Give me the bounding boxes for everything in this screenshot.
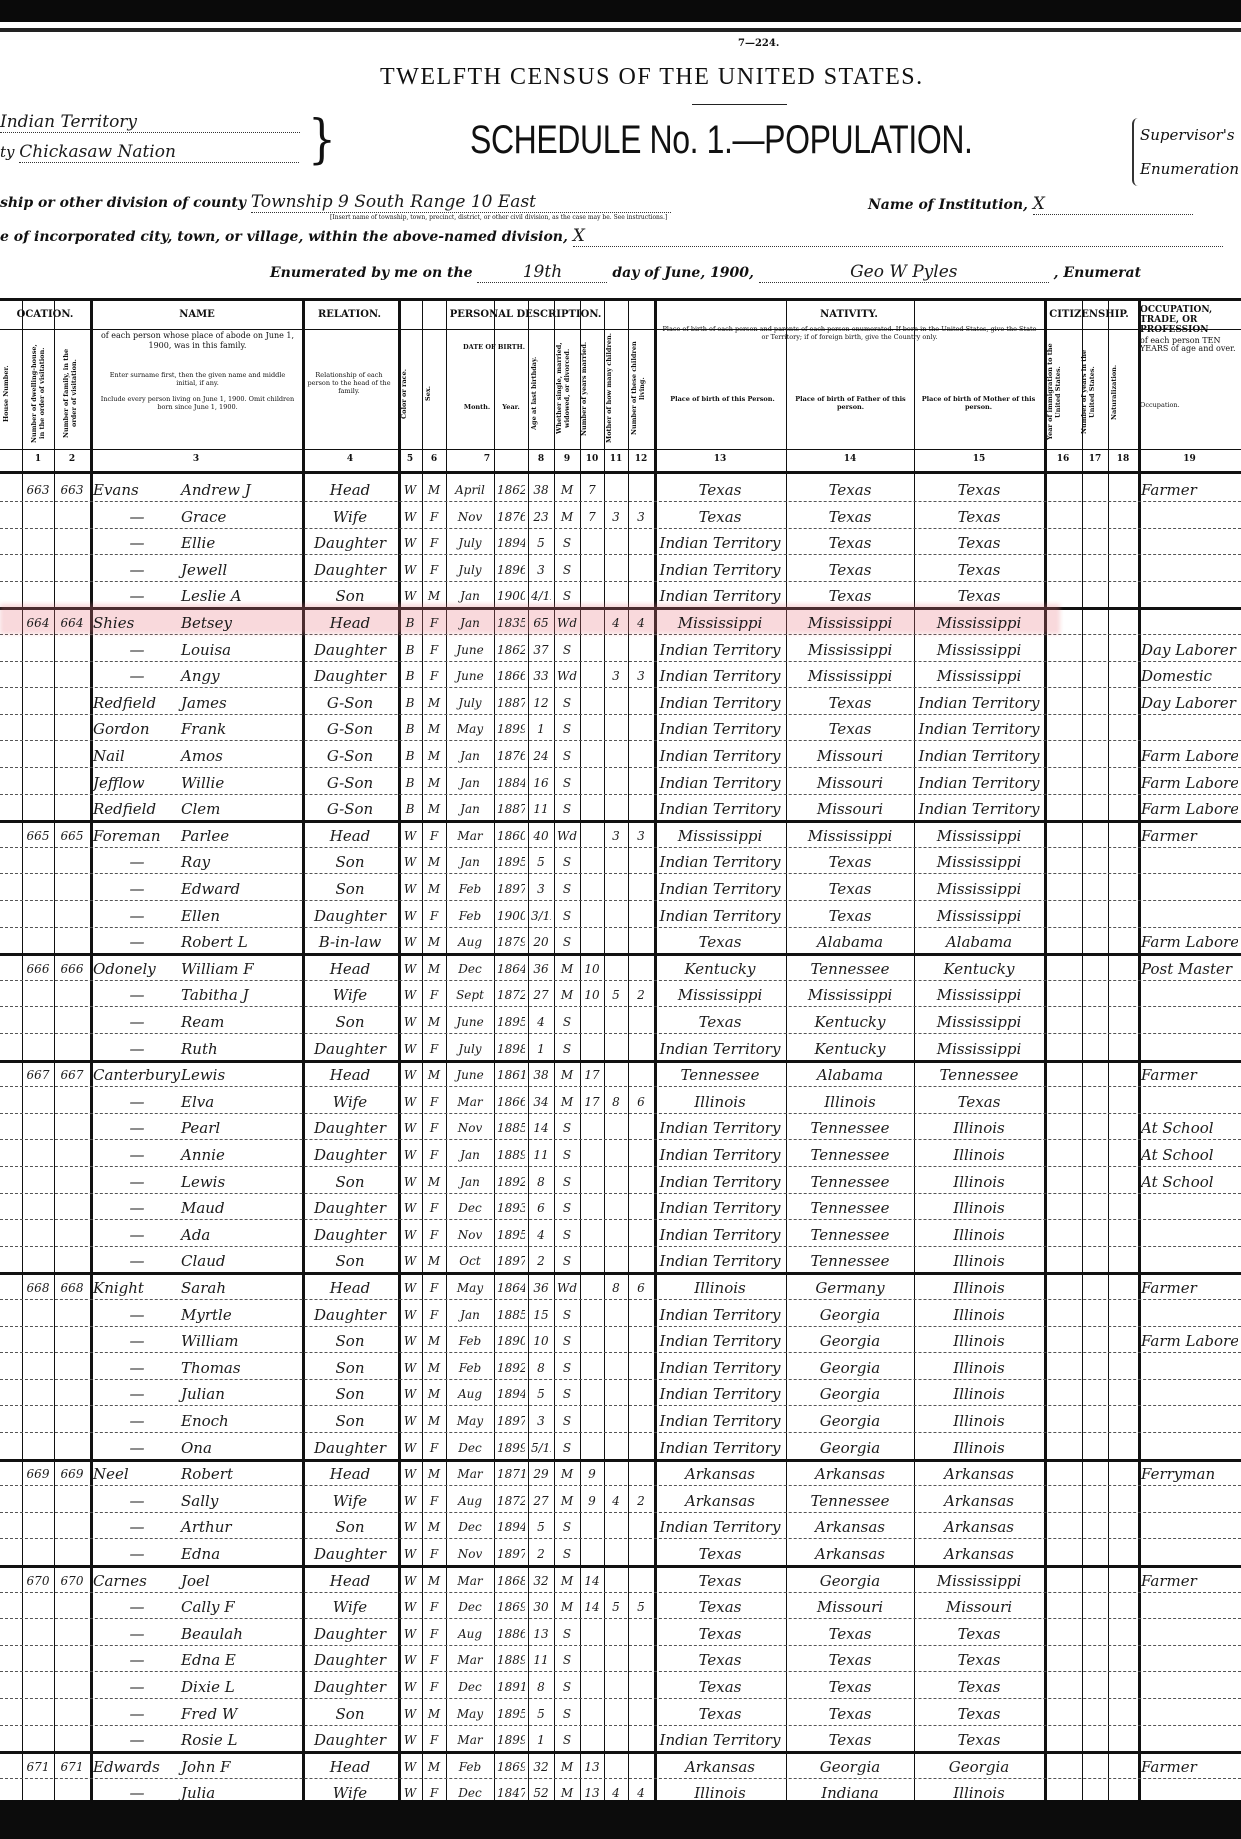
cl-cell [631, 1512, 651, 1538]
name-cell: —William [93, 1326, 299, 1352]
fam-cell [57, 661, 87, 687]
county-label: ty [0, 143, 15, 161]
color-cell: W [401, 1087, 419, 1113]
census-title: TWELFTH CENSUS OF THE UNITED STATES. [380, 64, 924, 91]
table-row: —Fred WSonWMMay18955STexasTexasTexas [0, 1699, 1241, 1726]
color-cell: W [401, 1379, 419, 1405]
age-cell: 2 [531, 1539, 551, 1565]
rel-cell: Daughter [305, 1433, 395, 1459]
name-cell: —Arthur [93, 1512, 299, 1538]
name-cell: —Lewis [93, 1167, 299, 1193]
year-cell: 1897 [497, 1406, 525, 1432]
mo-cell [607, 1300, 625, 1326]
month-cell: Mar [449, 1566, 491, 1592]
month-cell: Feb [449, 901, 491, 927]
rel-cell: Son [305, 874, 395, 900]
sex-cell: M [425, 1353, 443, 1379]
mo-cell [607, 1725, 625, 1751]
color-cell: W [401, 1300, 419, 1326]
name-cell: NeelRobert [93, 1459, 299, 1485]
month-cell: Nov [449, 1539, 491, 1565]
sex-cell: F [425, 901, 443, 927]
color-cell: W [401, 1645, 419, 1671]
fam-cell [57, 1246, 87, 1272]
pobm-cell: Illinois [917, 1406, 1041, 1432]
sex-cell: F [425, 1273, 443, 1299]
pob-cell: Indian Territory [657, 1379, 783, 1405]
given-name: Lewis [181, 1173, 225, 1191]
dw-cell [25, 1645, 51, 1671]
name-cell: —Ellen [93, 901, 299, 927]
fam-cell [57, 1007, 87, 1033]
mo-cell [607, 1193, 625, 1219]
col-dob-title: DATE OF BIRTH. [460, 343, 528, 351]
mo-cell [607, 1220, 625, 1246]
given-name: Amos [181, 747, 223, 765]
header-rule [0, 329, 1241, 330]
ym-cell [583, 1699, 601, 1725]
pobf-cell: Tennessee [789, 1193, 911, 1219]
month-cell: May [449, 1273, 491, 1299]
institution-value: X [1033, 194, 1193, 215]
fam-cell: 669 [57, 1459, 87, 1485]
mar-cell: M [557, 1486, 577, 1512]
sex-cell: M [425, 1752, 443, 1778]
pob-cell: Indian Territory [657, 688, 783, 714]
year-cell: 1897 [497, 1539, 525, 1565]
pobf-cell: Mississippi [789, 821, 911, 847]
month-cell: Dec [449, 1672, 491, 1698]
name-cell: GordonFrank [93, 714, 299, 740]
surname: Carnes [93, 1566, 181, 1592]
age-cell: 1 [531, 1034, 551, 1060]
pob-cell: Indian Territory [657, 661, 783, 687]
month-cell: Sept [449, 980, 491, 1006]
mar-cell: S [557, 1406, 577, 1432]
color-cell: W [401, 954, 419, 980]
color-cell: W [401, 821, 419, 847]
pobf-cell: Arkansas [789, 1512, 911, 1538]
ym-cell: 10 [583, 980, 601, 1006]
pobm-cell: Indian Territory [917, 794, 1041, 820]
cl-cell [631, 1220, 651, 1246]
age-cell: 36 [531, 954, 551, 980]
rel-cell: Son [305, 1167, 395, 1193]
sex-cell: M [425, 847, 443, 873]
mar-cell: M [557, 502, 577, 528]
color-cell: W [401, 980, 419, 1006]
rel-cell: Son [305, 1007, 395, 1033]
age-cell: 11 [531, 1140, 551, 1166]
pob-cell: Tennessee [657, 1060, 783, 1086]
surname: — [93, 528, 181, 554]
pob-cell: Texas [657, 927, 783, 953]
name-cell: —Ellie [93, 528, 299, 554]
name-cell: —Louisa [93, 635, 299, 661]
sex-cell: M [425, 794, 443, 820]
table-row: —ElvaWifeWFMar186634M1786IllinoisIllinoi… [0, 1087, 1241, 1114]
month-cell: Mar [449, 821, 491, 847]
dw-cell [25, 1034, 51, 1060]
col-year: Year. [494, 403, 528, 411]
rel-cell: G-Son [305, 794, 395, 820]
column-number: 2 [54, 454, 90, 464]
color-cell: W [401, 874, 419, 900]
occ-cell: Farmer [1141, 475, 1238, 501]
age-cell: 24 [531, 741, 551, 767]
pobm-cell: Indian Territory [917, 688, 1041, 714]
occ-cell: Farm Laborer [1141, 741, 1238, 767]
year-cell: 1885 [497, 1300, 525, 1326]
table-row: —SallyWifeWFAug187227M942ArkansasTenness… [0, 1486, 1241, 1513]
name-cell: —Fred W [93, 1699, 299, 1725]
occ-cell [1141, 1699, 1238, 1725]
table-row: —AngyDaughterBFJune186633Wd33Indian Terr… [0, 661, 1241, 688]
age-cell: 38 [531, 1060, 551, 1086]
sex-cell: M [425, 874, 443, 900]
color-cell: W [401, 1459, 419, 1485]
fam-cell [57, 1379, 87, 1405]
rel-cell: Daughter [305, 1539, 395, 1565]
pob-cell: Indian Territory [657, 847, 783, 873]
col-age: Age at last birthday. [530, 341, 552, 446]
surname: — [93, 847, 181, 873]
name-cell: —Angy [93, 661, 299, 687]
age-cell: 3 [531, 555, 551, 581]
occ-cell [1141, 555, 1238, 581]
surname: — [93, 661, 181, 687]
occ-cell [1141, 1645, 1238, 1671]
given-name: Rosie L [181, 1731, 237, 1749]
cl-cell [631, 714, 651, 740]
age-cell: 3 [531, 874, 551, 900]
dw-cell: 665 [25, 821, 51, 847]
pobm-cell: Texas [917, 502, 1041, 528]
pob-cell: Texas [657, 1699, 783, 1725]
dw-cell: 666 [25, 954, 51, 980]
surname: — [93, 1353, 181, 1379]
pob-cell: Indian Territory [657, 1353, 783, 1379]
month-cell: Nov [449, 1220, 491, 1246]
mar-cell: S [557, 1140, 577, 1166]
name-cell: EvansAndrew J [93, 475, 299, 501]
color-cell: W [401, 555, 419, 581]
pobm-cell: Mississippi [917, 1566, 1041, 1592]
pobm-cell: Texas [917, 1619, 1041, 1645]
pob-cell: Arkansas [657, 1752, 783, 1778]
year-cell: 1899 [497, 1725, 525, 1751]
fam-cell [57, 635, 87, 661]
fam-cell: 665 [57, 821, 87, 847]
occ-cell [1141, 608, 1238, 634]
mar-cell: S [557, 1193, 577, 1219]
pob-cell: Indian Territory [657, 1433, 783, 1459]
table-row: GordonFrankG-SonBMMay18991SIndian Territ… [0, 714, 1241, 741]
pobf-cell: Illinois [789, 1087, 911, 1113]
age-cell: 30 [531, 1592, 551, 1618]
given-name: Ray [181, 853, 210, 871]
age-cell: 32 [531, 1566, 551, 1592]
enumerated-day: 19th [477, 262, 607, 283]
column-number: 16 [1044, 454, 1082, 464]
surname: — [93, 1592, 181, 1618]
mo-cell [607, 1113, 625, 1139]
sex-cell: F [425, 1672, 443, 1698]
occ-cell: At School [1141, 1167, 1238, 1193]
surname: — [93, 1699, 181, 1725]
pob-cell: Indian Territory [657, 1512, 783, 1538]
name-cell: —Edward [93, 874, 299, 900]
township-line: ship or other division of county Townshi… [0, 192, 671, 213]
pobf-cell: Texas [789, 1699, 911, 1725]
mo-cell [607, 768, 625, 794]
given-name: Frank [181, 720, 226, 738]
cl-cell [631, 954, 651, 980]
pobm-cell: Arkansas [917, 1459, 1041, 1485]
cl-cell [631, 688, 651, 714]
pobm-cell: Kentucky [917, 954, 1041, 980]
col-mother-of: Mother of how many children. [605, 331, 627, 446]
pobm-cell: Georgia [917, 1752, 1041, 1778]
table-row: RedfieldJamesG-SonBMJuly188712SIndian Te… [0, 688, 1241, 715]
pob-cell: Texas [657, 1619, 783, 1645]
given-name: Louisa [181, 641, 231, 659]
name-cell: JefflowWillie [93, 768, 299, 794]
age-cell: 11 [531, 794, 551, 820]
cl-cell [631, 901, 651, 927]
surname: — [93, 980, 181, 1006]
pobf-cell: Texas [789, 475, 911, 501]
mo-cell [607, 1379, 625, 1405]
age-cell: 3/12 [531, 901, 551, 927]
pobm-cell: Illinois [917, 1193, 1041, 1219]
pobf-cell: Missouri [789, 768, 911, 794]
pobf-cell: Tennessee [789, 1246, 911, 1272]
ym-cell: 7 [583, 502, 601, 528]
fam-cell: 671 [57, 1752, 87, 1778]
pobf-cell: Arkansas [789, 1459, 911, 1485]
sex-cell: M [425, 1246, 443, 1272]
pobm-cell: Arkansas [917, 1512, 1041, 1538]
mar-cell: S [557, 1113, 577, 1139]
age-cell: 15 [531, 1300, 551, 1326]
occ-cell [1141, 1007, 1238, 1033]
occ-cell [1141, 1353, 1238, 1379]
color-cell: B [401, 794, 419, 820]
cl-cell [631, 1645, 651, 1671]
mar-cell: S [557, 1300, 577, 1326]
pob-cell: Indian Territory [657, 1193, 783, 1219]
mo-cell [607, 1672, 625, 1698]
mo-cell [607, 1060, 625, 1086]
fam-cell [57, 1326, 87, 1352]
col-name-title: NAME [92, 309, 302, 320]
sex-cell: F [425, 1193, 443, 1219]
dw-cell: 668 [25, 1273, 51, 1299]
pobm-cell: Texas [917, 1699, 1041, 1725]
sex-cell: F [425, 1034, 443, 1060]
fam-cell [57, 1725, 87, 1751]
name-cell: —Sally [93, 1486, 299, 1512]
rel-cell: Daughter [305, 1725, 395, 1751]
rel-cell: G-Son [305, 741, 395, 767]
dw-cell [25, 1379, 51, 1405]
color-cell: W [401, 1220, 419, 1246]
pob-cell: Texas [657, 1007, 783, 1033]
county-row: ty Chickasaw Nation [0, 142, 300, 172]
table-row: 665665ForemanParleeHeadWFMar186040Wd33Mi… [0, 821, 1241, 848]
pob-cell: Indian Territory [657, 1113, 783, 1139]
surname: Nail [93, 741, 181, 767]
year-cell: 1862 [497, 475, 525, 501]
table-row: —AnnieDaughterWFJan188911SIndian Territo… [0, 1140, 1241, 1167]
mar-cell: S [557, 1007, 577, 1033]
occ-cell [1141, 502, 1238, 528]
rel-cell: Daughter [305, 661, 395, 687]
given-name: Robert L [181, 933, 248, 951]
ym-cell: 7 [583, 475, 601, 501]
cl-cell: 6 [631, 1087, 651, 1113]
rel-cell: Head [305, 821, 395, 847]
rel-cell: Daughter [305, 1193, 395, 1219]
pob-cell: Mississippi [657, 608, 783, 634]
fam-cell: 667 [57, 1060, 87, 1086]
surname: — [93, 1246, 181, 1272]
pobf-cell: Tennessee [789, 1113, 911, 1139]
surname: — [93, 1433, 181, 1459]
surname: Gordon [93, 714, 181, 740]
table-row: 663663EvansAndrew JHeadWMApril186238M7Te… [0, 475, 1241, 502]
ym-cell [583, 1007, 601, 1033]
occ-cell [1141, 1193, 1238, 1219]
surname: Odonely [93, 954, 181, 980]
ym-cell [583, 927, 601, 953]
ym-cell [583, 1300, 601, 1326]
col-personal-title: PERSONAL DESCRIPTION. [398, 309, 653, 320]
pob-cell: Indian Territory [657, 1167, 783, 1193]
pob-cell: Texas [657, 1672, 783, 1698]
year-cell: 1862 [497, 635, 525, 661]
mar-cell: S [557, 1034, 577, 1060]
mo-cell: 8 [607, 1087, 625, 1113]
table-row: 671671EdwardsJohn FHeadWMFeb186932M13Ark… [0, 1752, 1241, 1779]
dw-cell [25, 688, 51, 714]
sex-cell: M [425, 927, 443, 953]
mar-cell: M [557, 980, 577, 1006]
mo-cell [607, 1406, 625, 1432]
mo-cell [607, 1007, 625, 1033]
col-sex: Sex. [424, 341, 444, 446]
year-cell: 1895 [497, 847, 525, 873]
col-relation-title: RELATION. [302, 309, 397, 320]
pobm-cell: Mississippi [917, 1007, 1041, 1033]
fam-cell [57, 980, 87, 1006]
rel-cell: Head [305, 1273, 395, 1299]
pobf-cell: Georgia [789, 1326, 911, 1352]
sex-cell: F [425, 1486, 443, 1512]
mar-cell: S [557, 1220, 577, 1246]
rel-cell: Head [305, 1752, 395, 1778]
fam-cell [57, 901, 87, 927]
occ-cell [1141, 847, 1238, 873]
occ-cell [1141, 1592, 1238, 1618]
column-number: 5 [398, 454, 422, 464]
month-cell: Feb [449, 874, 491, 900]
cl-cell [631, 1326, 651, 1352]
fam-cell [57, 847, 87, 873]
given-name: Sally [181, 1492, 218, 1510]
given-name: Grace [181, 508, 226, 526]
age-cell: 33 [531, 661, 551, 687]
sex-cell: F [425, 1113, 443, 1139]
ym-cell: 17 [583, 1060, 601, 1086]
pobm-cell: Mississippi [917, 661, 1041, 687]
name-cell: —Grace [93, 502, 299, 528]
pobm-cell: Texas [917, 1645, 1041, 1671]
ym-cell [583, 847, 601, 873]
pob-cell: Texas [657, 1645, 783, 1671]
rel-cell: Wife [305, 980, 395, 1006]
surname: — [93, 901, 181, 927]
fam-cell [57, 1140, 87, 1166]
table-row: 670670CarnesJoelHeadWMMar186832M14TexasG… [0, 1566, 1241, 1593]
mar-cell: M [557, 475, 577, 501]
pobm-cell: Alabama [917, 927, 1041, 953]
table-row: 669669NeelRobertHeadWMMar187129M9Arkansa… [0, 1459, 1241, 1486]
fam-cell [57, 1592, 87, 1618]
color-cell: W [401, 927, 419, 953]
month-cell: Dec [449, 1592, 491, 1618]
surname: — [93, 1087, 181, 1113]
pobm-cell: Texas [917, 1087, 1041, 1113]
year-cell: 1896 [497, 555, 525, 581]
color-cell: W [401, 1433, 419, 1459]
mar-cell: S [557, 1619, 577, 1645]
given-name: James [181, 694, 227, 712]
table-row: 667667CanterburyLewisHeadWMJune186138M17… [0, 1060, 1241, 1087]
fam-cell [57, 555, 87, 581]
name-cell: CanterburyLewis [93, 1060, 299, 1086]
table-row: —MyrtleDaughterWFJan188515SIndian Territ… [0, 1300, 1241, 1327]
table-row: —JulianSonWMAug18945SIndian TerritoryGeo… [0, 1379, 1241, 1406]
given-name: William F [181, 960, 254, 978]
col-name-desc: of each person whose place of abode on J… [100, 331, 295, 351]
dw-cell [25, 635, 51, 661]
pobf-cell: Mississippi [789, 980, 911, 1006]
given-name: Ona [181, 1439, 212, 1457]
ym-cell [583, 1167, 601, 1193]
column-number: 19 [1138, 454, 1241, 464]
sex-cell: F [425, 635, 443, 661]
pobm-cell: Illinois [917, 1140, 1041, 1166]
pobm-cell: Mississippi [917, 980, 1041, 1006]
pobf-cell: Texas [789, 555, 911, 581]
fam-cell [57, 1672, 87, 1698]
given-name: Cally F [181, 1598, 235, 1616]
pobf-cell: Texas [789, 688, 911, 714]
given-name: Ellen [181, 907, 220, 925]
supervisor-enumeration-labels: Supervisor's Enumeration [1132, 118, 1239, 186]
given-name: Edward [181, 880, 240, 898]
table-row: —Edna EDaughterWFMar188911STexasTexasTex… [0, 1645, 1241, 1672]
table-row: —WilliamSonWMFeb189010SIndian TerritoryG… [0, 1326, 1241, 1353]
mar-cell: S [557, 1699, 577, 1725]
month-cell: Feb [449, 1353, 491, 1379]
dw-cell [25, 1725, 51, 1751]
year-cell: 1889 [497, 1140, 525, 1166]
color-cell: B [401, 635, 419, 661]
given-name: Fred W [181, 1705, 237, 1723]
